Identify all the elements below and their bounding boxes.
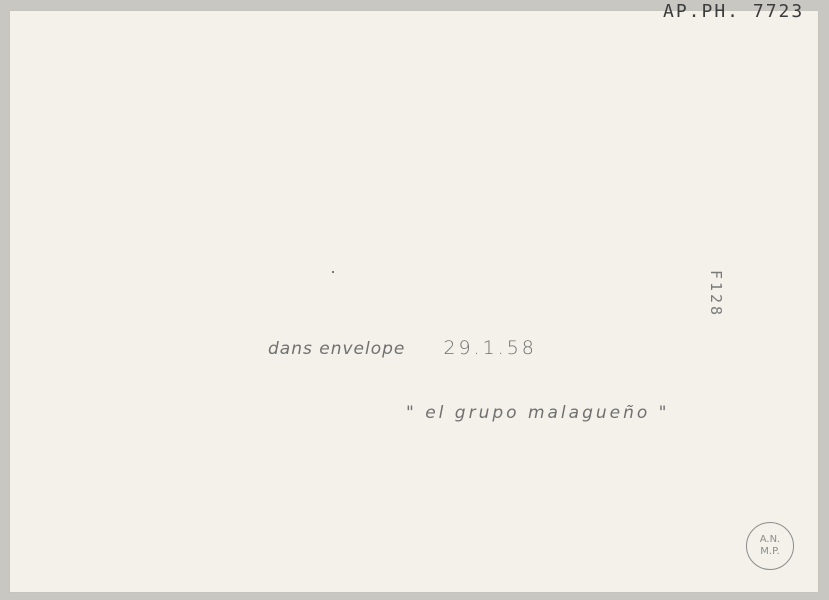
stamp-line-2: M.P. bbox=[760, 546, 779, 558]
stamp-line-1: A.N. bbox=[760, 534, 781, 546]
note-date: 29.1.58 bbox=[443, 337, 537, 359]
note-text: dans envelope bbox=[268, 339, 405, 359]
archive-reference: AP.PH. 7723 bbox=[663, 1, 804, 22]
handwritten-note-line-1: dans envelope29.1.58 bbox=[268, 337, 537, 359]
file-number: F128 bbox=[707, 270, 725, 318]
photo-back-paper bbox=[10, 11, 818, 592]
handwritten-note-line-2: " el grupo malagueño " bbox=[406, 403, 670, 423]
ink-speck bbox=[332, 271, 334, 273]
archive-stamp: A.N. M.P. bbox=[746, 522, 794, 570]
